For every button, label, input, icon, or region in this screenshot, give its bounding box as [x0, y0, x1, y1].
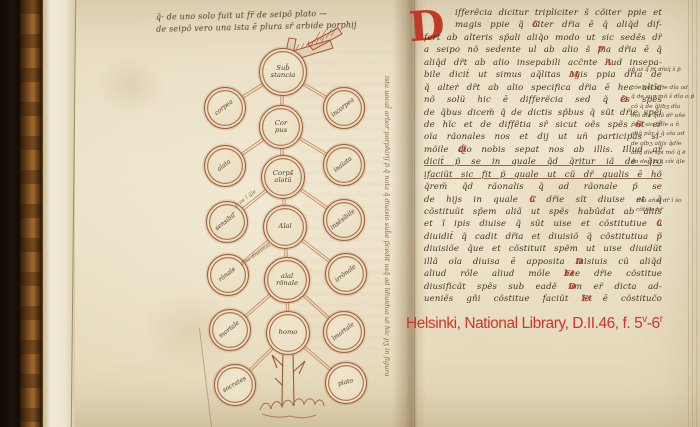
tree-node-irrationale: irrōnale — [325, 253, 367, 295]
tree-branch-line — [236, 334, 289, 386]
tree-branch-line — [284, 227, 286, 280]
text-line: cõstituũt sp̃em aliã ut spẽs habũdat ab … — [424, 206, 662, 218]
tree-branch-line — [286, 280, 287, 333]
tree-branch-line — [289, 332, 347, 382]
main-text-block: ifferẽcia dicitur tripliciter s̃ cõiter … — [424, 7, 662, 306]
tree-node-incorporea: incorpea — [323, 87, 365, 129]
tree-branch-line — [282, 73, 343, 109]
text-line: et ĩ ipis diuise q̃ sũt uise et cõstitut… — [424, 218, 662, 230]
manuscript-photo: q̃· de uno solo fuit ut fr̃ de seipõ pla… — [0, 0, 700, 427]
gutter-fold-line — [414, 0, 415, 427]
tree-branch-line — [226, 73, 284, 109]
margin-note-line: Dñi añal dr̃ ĩ s̃o — [636, 197, 696, 206]
tree-node-mortale: mortale — [209, 309, 251, 351]
tree-branch-line — [226, 128, 282, 167]
margin-note-line: mõ dĩa q̃dã dr̃ uñe — [631, 112, 699, 121]
rubricated-letter: Et — [582, 293, 593, 305]
interlinear-gloss: p̃ se ĩ q̃le — [234, 189, 258, 209]
text-line: illã oĩa diuisa ē apposita Diuisiuis cũ … — [424, 256, 662, 268]
rubricated-letter: Q — [458, 144, 466, 156]
tree-node-label: incorpea — [331, 97, 356, 119]
text-line: dicit̃ p̃ se in quale q̃d q̃ritur iã de … — [424, 156, 662, 168]
tree-node-label: pus — [275, 127, 287, 134]
tree-branch-line — [226, 176, 282, 221]
tree-node-label: socrates — [222, 376, 248, 395]
marginal-note-vertical: ista uocat̃ arbor porphirij p̃ q̃ nota q… — [383, 76, 391, 362]
tree-node-sensibile: sensibil' — [206, 201, 248, 243]
text-line: mõile Qd̃ĩo nobis sepat nos ab illis. Il… — [424, 144, 662, 156]
tree-node-label: sensibil' — [215, 212, 239, 233]
tree-node-label: aīal — [281, 273, 293, 280]
tree-branch-line — [288, 279, 345, 331]
tree-node-insensibile: insēsibile — [323, 199, 365, 241]
tree-node-plato: plato — [325, 362, 367, 404]
margin-note-line: cõe hoc dr̃ie dĩa ad — [631, 84, 699, 93]
tree-node-label: irrōnale — [334, 264, 358, 284]
tree-branch-line — [286, 226, 347, 273]
caption-text: Helsinki, National Library, D.II.46, f. … — [406, 315, 642, 332]
text-line: de q̃bus dicem̃ q̃ de dictis sp̃bus q̃ s… — [424, 107, 662, 119]
text-line: q̃rem̃ q̃d rãonalis q̃ ad rãonale p̃ se — [424, 181, 662, 193]
tree-node-corpus-animatum: Corps̃aīatū — [261, 155, 305, 199]
text-line: diusificãt spẽs sub eadẽ Dum er̃ dicta a… — [424, 281, 662, 293]
text-line: magis ppie q̃ Cõiter dr̃ia ē q̃ aliq̃d d… — [424, 19, 662, 31]
tree-node-inanimata: inaīata — [323, 144, 365, 186]
tree-branch-line — [288, 280, 289, 333]
tree-branch-line — [224, 126, 280, 165]
rubricated-letter: A — [605, 57, 612, 69]
tree-node-animata: aīata — [204, 145, 246, 187]
tree-branch-line — [282, 72, 284, 127]
tree-branch-line — [282, 178, 343, 221]
tree-node-label: inaīata — [334, 156, 355, 174]
tree-node-label: corpea — [215, 99, 236, 117]
rubricated-letter: C — [656, 218, 662, 230]
rubricated-letter: C — [529, 194, 536, 206]
text-line: ueniẽs gñi cõstitue faciũt Et ĩe ē cõsti… — [424, 293, 662, 305]
interlinear-gloss: dr̃ia diuisiua — [239, 242, 272, 267]
tree-node-label: rōnale — [218, 266, 238, 283]
text-line: aliq̃d dr̃t ab alio insepabili acc̃nte A… — [424, 57, 662, 69]
leather-binding — [20, 0, 42, 427]
text-line: aliud rõle aliud mõle Et hee dr̃ie cõsti… — [424, 268, 662, 280]
page-fore-edge — [42, 0, 75, 427]
tree-branch-line — [224, 71, 282, 107]
tree-node-socrates: socrates — [214, 364, 256, 406]
tree-branch-line — [284, 71, 345, 107]
text-line: de hĩc et de diffẽtia sr̃ sicut oẽs spẽs… — [424, 119, 662, 131]
tree-node-homo: homo — [266, 311, 310, 355]
margin-note-line: cõ q̃ de q̃libʒ dĩa — [631, 103, 699, 112]
tree-node-label: mortale — [218, 320, 241, 340]
tree-branch-line — [286, 227, 288, 280]
text-line: nõ solũ hic ē differẽcia sed q̃ Oēs spẽs — [424, 94, 662, 106]
text-line: fert ab alteris sp̃ali aliq̃o modo ut si… — [424, 32, 662, 44]
tree-branch-line — [280, 128, 343, 166]
margin-note-line: aliq̃ pãr s̃ q̃ oĩa ad — [631, 130, 699, 139]
marginal-note-low: Dñi añal dr̃ ĩ s̃ocõtñio hr̃ — [636, 197, 696, 215]
tree-trunk — [272, 350, 305, 406]
text-line: q̃ alteṙ dr̃t ab alio specifica dr̃ia ē … — [424, 82, 662, 94]
banner-ornament — [284, 28, 342, 61]
margin-note-line: ap̃ us̃ q̃ fit dñiq̃ s̃ p̃ — [628, 66, 700, 74]
tree-branch-line — [231, 281, 288, 331]
tree-branch-line — [282, 127, 284, 177]
tree-branch-line — [284, 177, 286, 227]
rubricated-letter: O — [620, 94, 628, 106]
margin-note-line: de oĩbʒ alijs q̃dĩe — [631, 140, 699, 149]
tree-node-label: Aīal — [278, 223, 291, 230]
parchment-stain — [140, 290, 240, 370]
caption-text: -6 — [647, 315, 660, 332]
rubricated-letter: M — [569, 69, 579, 81]
text-line: diuisiõe q̃ue et cõstituit spẽm ut uise … — [424, 243, 662, 255]
text-line: oĩa rãonales nos et dij ut uñ participãs… — [424, 131, 662, 143]
tree-branch-line — [280, 72, 282, 127]
margin-note-line: p̃o s̃ sic q̃dĩe a ñ — [631, 121, 699, 130]
parchment-stain — [95, 55, 165, 115]
rubricated-letter: C — [532, 19, 539, 31]
tree-node-label: plato — [338, 378, 355, 388]
caption-superscript-r: r — [660, 314, 663, 325]
rubricated-letter: D — [568, 281, 576, 293]
tree-node-animal: Aīal — [263, 205, 307, 249]
tree-branch-line — [284, 228, 345, 275]
tree-branch-line — [286, 281, 343, 333]
tree-node-immortale: īmortale — [323, 311, 365, 353]
tree-node-label: stancia — [271, 72, 296, 79]
tree-node-label: aīatū — [274, 177, 291, 184]
tree-node-label: aīata — [217, 159, 233, 174]
text-line: ifferẽcia dicitur tripliciter s̃ cõiter … — [424, 7, 662, 19]
tree-roots — [260, 399, 324, 418]
tree-branch-line — [284, 176, 345, 219]
marginal-note-block: cõe hoc dr̃ie dĩa adq̃ de suo mõ s̃ dĩa … — [631, 84, 699, 168]
rubricated-letter: D — [575, 256, 583, 268]
margin-note-line: cõtñio hr̃ — [636, 206, 696, 215]
page-crease — [199, 328, 212, 427]
margin-note-line: p̃a de s̃ a q̃ cõi q̃le — [631, 158, 699, 167]
tree-branch-line — [229, 279, 286, 329]
text-line: a seipo nõ sedente ul ab alio s̃ Ppia dr… — [424, 44, 662, 56]
tree-node-label: Corps̃ — [273, 170, 293, 177]
tree-branch-line — [280, 127, 282, 177]
margin-note-line: q̃ de suo mõ s̃ dĩa o p̃ — [631, 93, 699, 102]
tree-node-label: Cor — [275, 120, 288, 127]
tree-node-corpus: Corpus — [259, 105, 303, 149]
margin-note-line: aliq̃ dĩe sṕi mõ q̃ ē — [631, 149, 699, 158]
tree-node-label: insēsibile — [330, 208, 357, 231]
tree-node-substantia: Sub̃stancia — [259, 48, 307, 96]
text-line: bile dicit̃ ut simus aq̃litas Magis ppia… — [424, 69, 662, 81]
rubricated-letter: Et — [564, 268, 575, 280]
marginal-note-top: ap̃ us̃ q̃ fit dñiq̃ s̃ p̃ — [628, 66, 700, 74]
tree-branch-line — [228, 178, 284, 223]
tree-node-animal-rationale: aīalrōnale — [264, 257, 310, 303]
tree-branch-line — [282, 177, 284, 227]
book-spine — [0, 0, 20, 427]
ink-bleed-through — [300, 50, 395, 350]
tree-branch-line — [287, 334, 345, 384]
tree-branch-line — [234, 332, 287, 384]
text-line: ifaciũt sic fit p̃ quale ut cũ dr̃ quali… — [424, 169, 662, 181]
tree-node-label: homo — [278, 329, 297, 336]
rubricated-letter: P — [598, 44, 605, 56]
tree-node-corporea: corpea — [204, 87, 246, 129]
tree-branch-line — [282, 126, 345, 164]
text-line: de hijs in quale Cũ dr̃ie sĩt diuise et … — [424, 194, 662, 206]
tree-node-label: rōnale — [276, 280, 298, 287]
image-caption: Helsinki, National Library, D.II.46, f. … — [406, 314, 663, 333]
text-line: diuidit̃ q̃ cadit dr̃ia et diuisiõ q̃ cõ… — [424, 231, 662, 243]
tree-node-label: īmortale — [332, 321, 357, 342]
page-gutter — [392, 0, 426, 427]
folio-header-inscription: q̃· de uno solo fuit ut fr̃ de seipõ pla… — [156, 6, 406, 35]
tree-node-label: Sub̃ — [276, 65, 289, 72]
